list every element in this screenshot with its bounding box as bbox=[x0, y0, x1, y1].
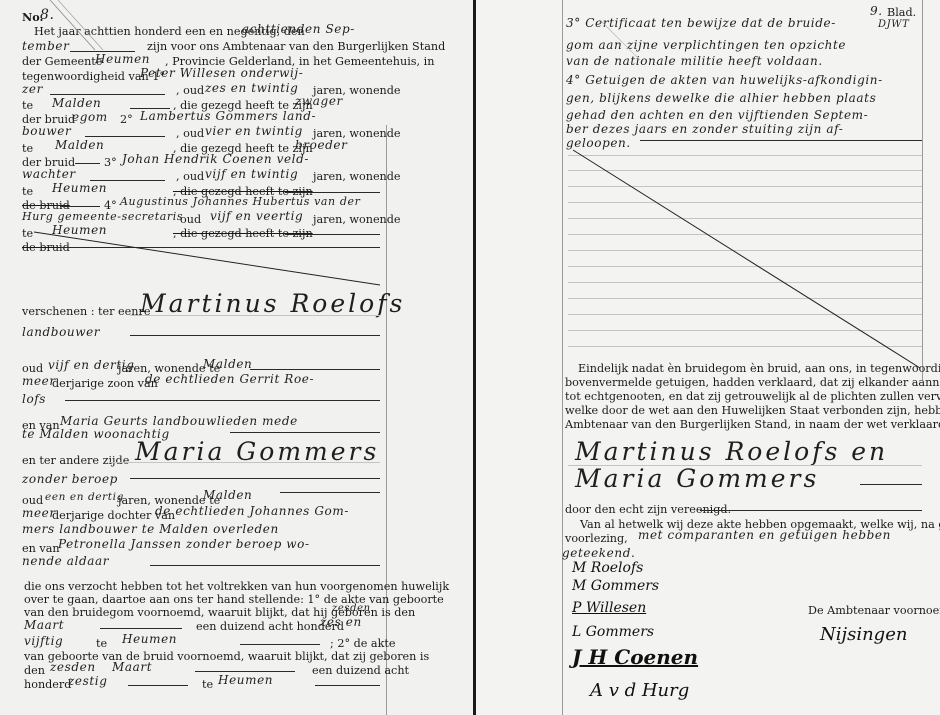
fold-shadow bbox=[58, 0, 103, 50]
right-page-cancel-line bbox=[573, 150, 920, 368]
fold-shadow bbox=[50, 0, 95, 50]
fold-shadow bbox=[600, 20, 640, 60]
cancellation-strokes bbox=[0, 0, 940, 715]
left-page-cancel-line bbox=[34, 232, 380, 285]
